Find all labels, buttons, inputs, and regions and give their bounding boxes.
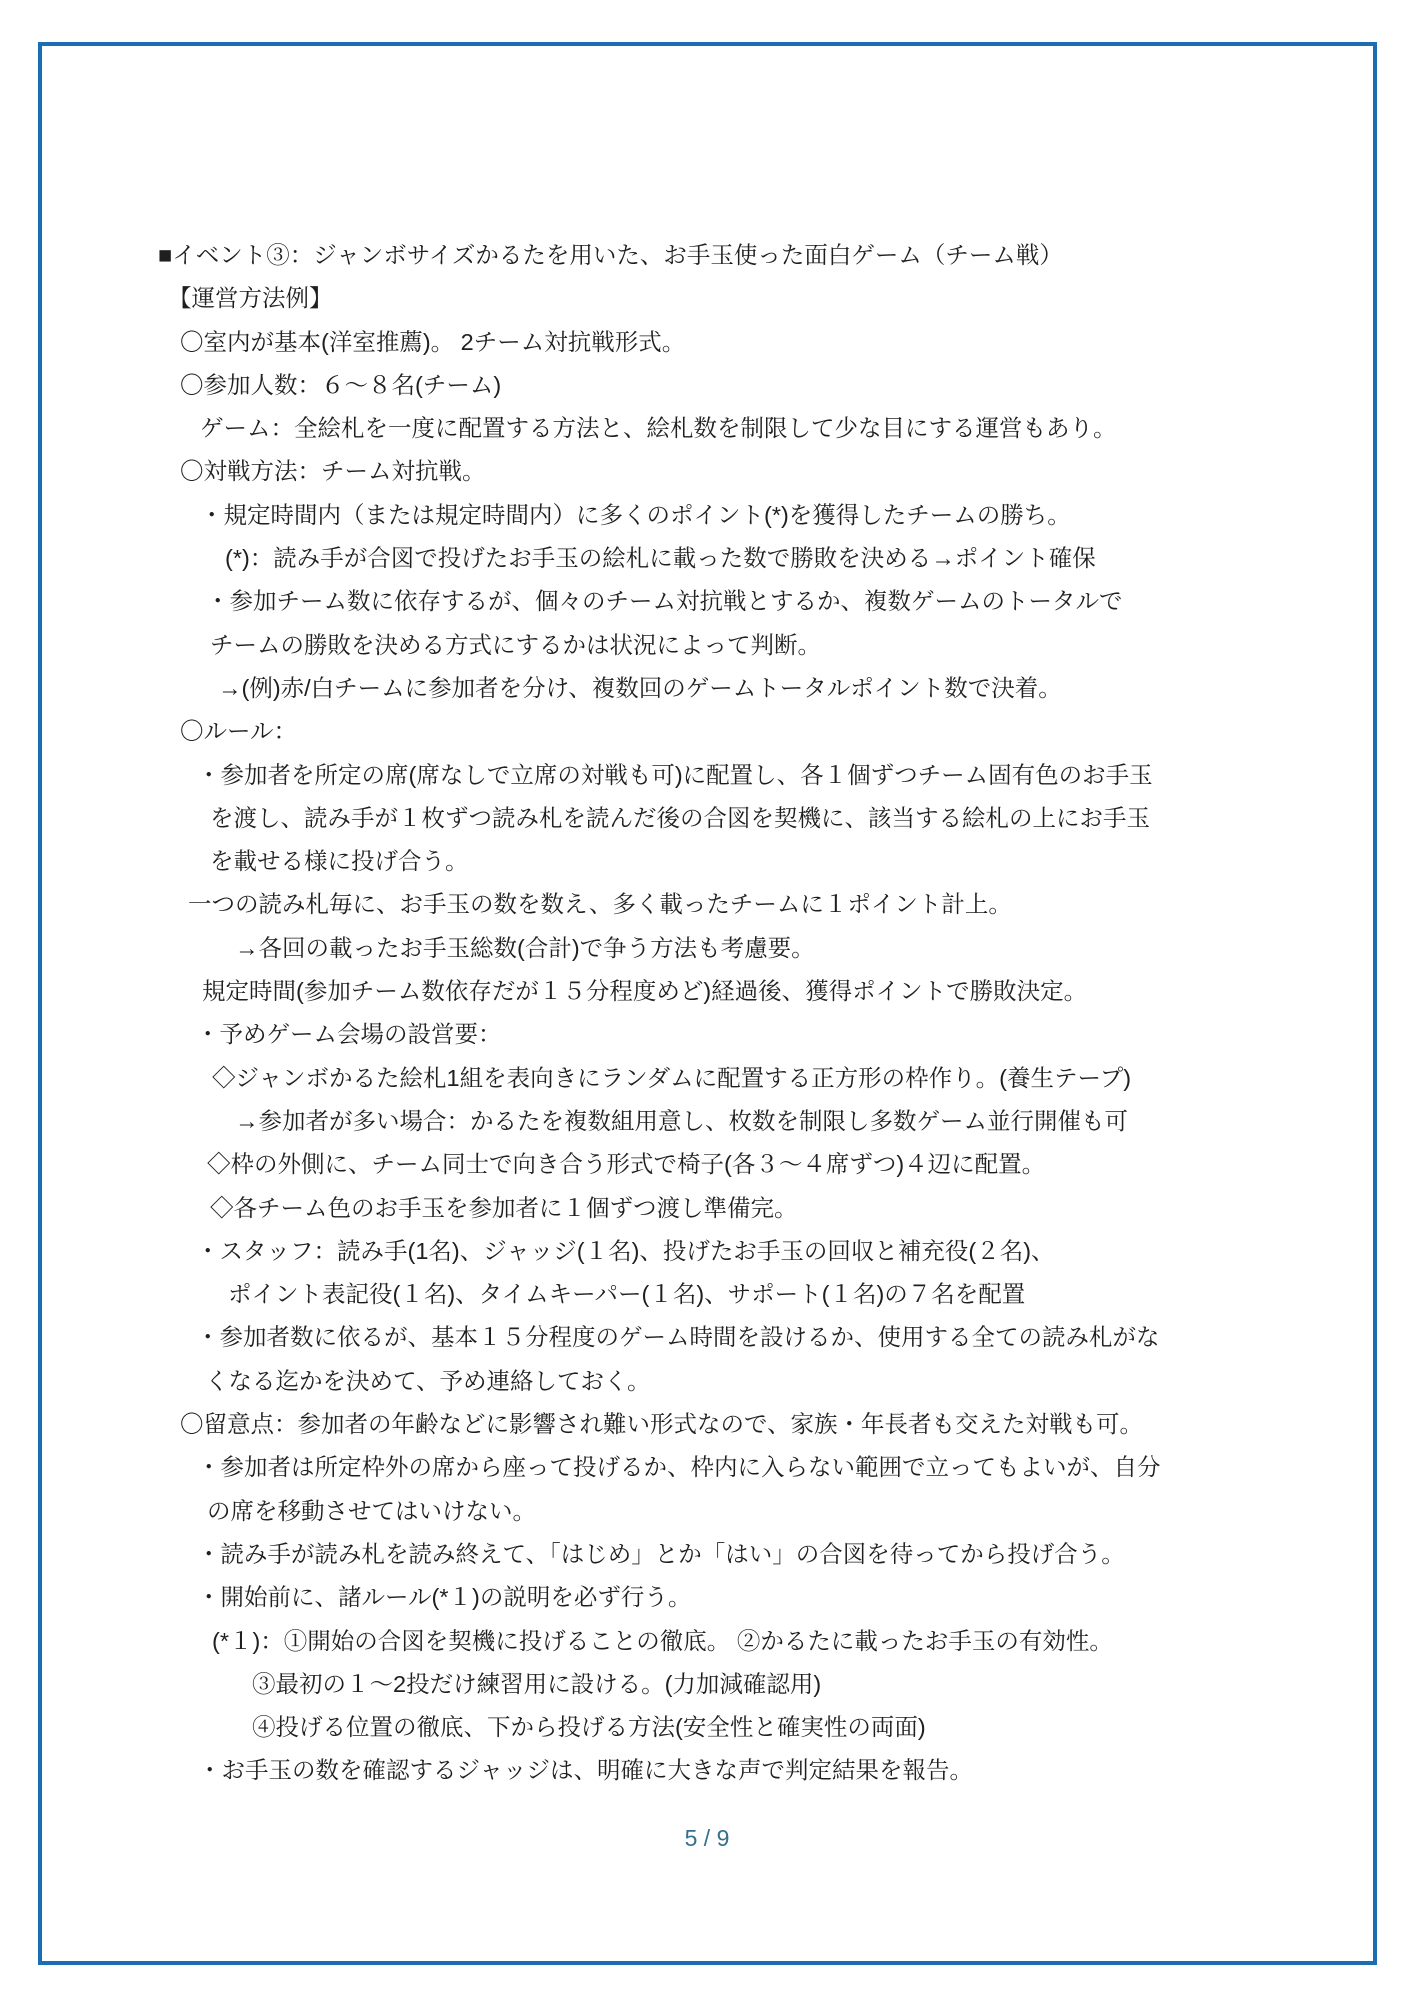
doc-line: ・参加者数に依るが、基本１５分程度のゲーム時間を設けるか、使用する全ての読み札が… — [0, 1316, 1414, 1359]
doc-line: →(例)赤/白チームに参加者を分け、複数回のゲームトータルポイント数で決着。 — [0, 667, 1414, 710]
doc-line: 規定時間(参加チーム数依存だが１５分程度めど)経過後、獲得ポイントで勝敗決定。 — [0, 970, 1414, 1013]
doc-line: 〇室内が基本(洋室推薦)。 2チーム対抗戦形式。 — [0, 321, 1414, 364]
doc-line: 〇ルール： — [0, 710, 1414, 753]
doc-line: (*)：読み手が合図で投げたお手玉の絵札に載った数で勝敗を決める→ポイント確保 — [0, 537, 1414, 580]
doc-line: ・参加チーム数に依存するが、個々のチーム対抗戦とするか、複数ゲームのトータルで — [0, 580, 1414, 623]
doc-line: を載せる様に投げ合う。 — [0, 840, 1414, 883]
doc-line: ◇各チーム色のお手玉を参加者に１個ずつ渡し準備完。 — [0, 1187, 1414, 1230]
doc-line: ・読み手が読み札を読み終えて、「はじめ」とか「はい」の合図を待ってから投げ合う。 — [0, 1533, 1414, 1576]
doc-line: →参加者が多い場合：かるたを複数組用意し、枚数を制限し多数ゲーム並行開催も可 — [0, 1100, 1414, 1143]
doc-line: の席を移動させてはいけない。 — [0, 1490, 1414, 1533]
doc-line: (*１)：①開始の合図を契機に投げることの徹底。 ②かるたに載ったお手玉の有効性… — [0, 1620, 1414, 1663]
doc-line: ◇ジャンボかるた絵札1組を表向きにランダムに配置する正方形の枠作り。(養生テープ… — [0, 1057, 1414, 1100]
doc-line: 〇対戦方法：チーム対抗戦。 — [0, 450, 1414, 493]
doc-line: チームの勝敗を決める方式にするかは状況によって判断。 — [0, 624, 1414, 667]
doc-line: 〇参加人数：６～８名(チーム) — [0, 364, 1414, 407]
doc-line: を渡し、読み手が１枚ずつ読み札を読んだ後の合図を契機に、該当する絵札の上にお手玉 — [0, 797, 1414, 840]
doc-line: 【運営方法例】 — [0, 277, 1414, 320]
doc-line: ゲーム：全絵札を一度に配置する方法と、絵札数を制限して少な目にする運営もあり。 — [0, 407, 1414, 450]
doc-line: ③最初の１～2投だけ練習用に設ける。(力加減確認用) — [0, 1663, 1414, 1706]
doc-line: ・お手玉の数を確認するジャッジは、明確に大きな声で判定結果を報告。 — [0, 1749, 1414, 1792]
doc-line: ・スタッフ：読み手(1名)、ジャッジ(１名)、投げたお手玉の回収と補充役(２名)… — [0, 1230, 1414, 1273]
document-page: { "colors": { "border": "#1b6db4", "page… — [0, 0, 1414, 2000]
doc-line: くなる迄かを決めて、予め連絡しておく。 — [0, 1360, 1414, 1403]
doc-line: ・参加者を所定の席(席なしで立席の対戦も可)に配置し、各１個ずつチーム固有色のお… — [0, 754, 1414, 797]
doc-line: ④投げる位置の徹底、下から投げる方法(安全性と確実性の両面) — [0, 1706, 1414, 1749]
doc-line: ・規定時間内（または規定時間内）に多くのポイント(*)を獲得したチームの勝ち。 — [0, 494, 1414, 537]
doc-line: ・予めゲーム会場の設営要： — [0, 1013, 1414, 1056]
doc-line: ・開始前に、諸ルール(*１)の説明を必ず行う。 — [0, 1576, 1414, 1619]
doc-line: ・参加者は所定枠外の席から座って投げるか、枠内に入らない範囲で立ってもよいが、自… — [0, 1446, 1414, 1489]
doc-line: ■イベント③：ジャンボサイズかるたを用いた、お手玉使った面白ゲーム（チーム戦） — [0, 234, 1414, 277]
doc-line: 一つの読み札毎に、お手玉の数を数え、多く載ったチームに１ポイント計上。 — [0, 883, 1414, 926]
doc-line: ◇枠の外側に、チーム同士で向き合う形式で椅子(各３～４席ずつ)４辺に配置。 — [0, 1143, 1414, 1186]
page-number: 5 / 9 — [0, 1823, 1414, 1853]
doc-line: →各回の載ったお手玉総数(合計)で争う方法も考慮要。 — [0, 927, 1414, 970]
document-body: ■イベント③：ジャンボサイズかるたを用いた、お手玉使った面白ゲーム（チーム戦） … — [0, 234, 1414, 1853]
doc-line: ポイント表記役(１名)、タイムキーパー(１名)、サポート(１名)の７名を配置 — [0, 1273, 1414, 1316]
doc-line: 〇留意点：参加者の年齢などに影響され難い形式なので、家族・年長者も交えた対戦も可… — [0, 1403, 1414, 1446]
